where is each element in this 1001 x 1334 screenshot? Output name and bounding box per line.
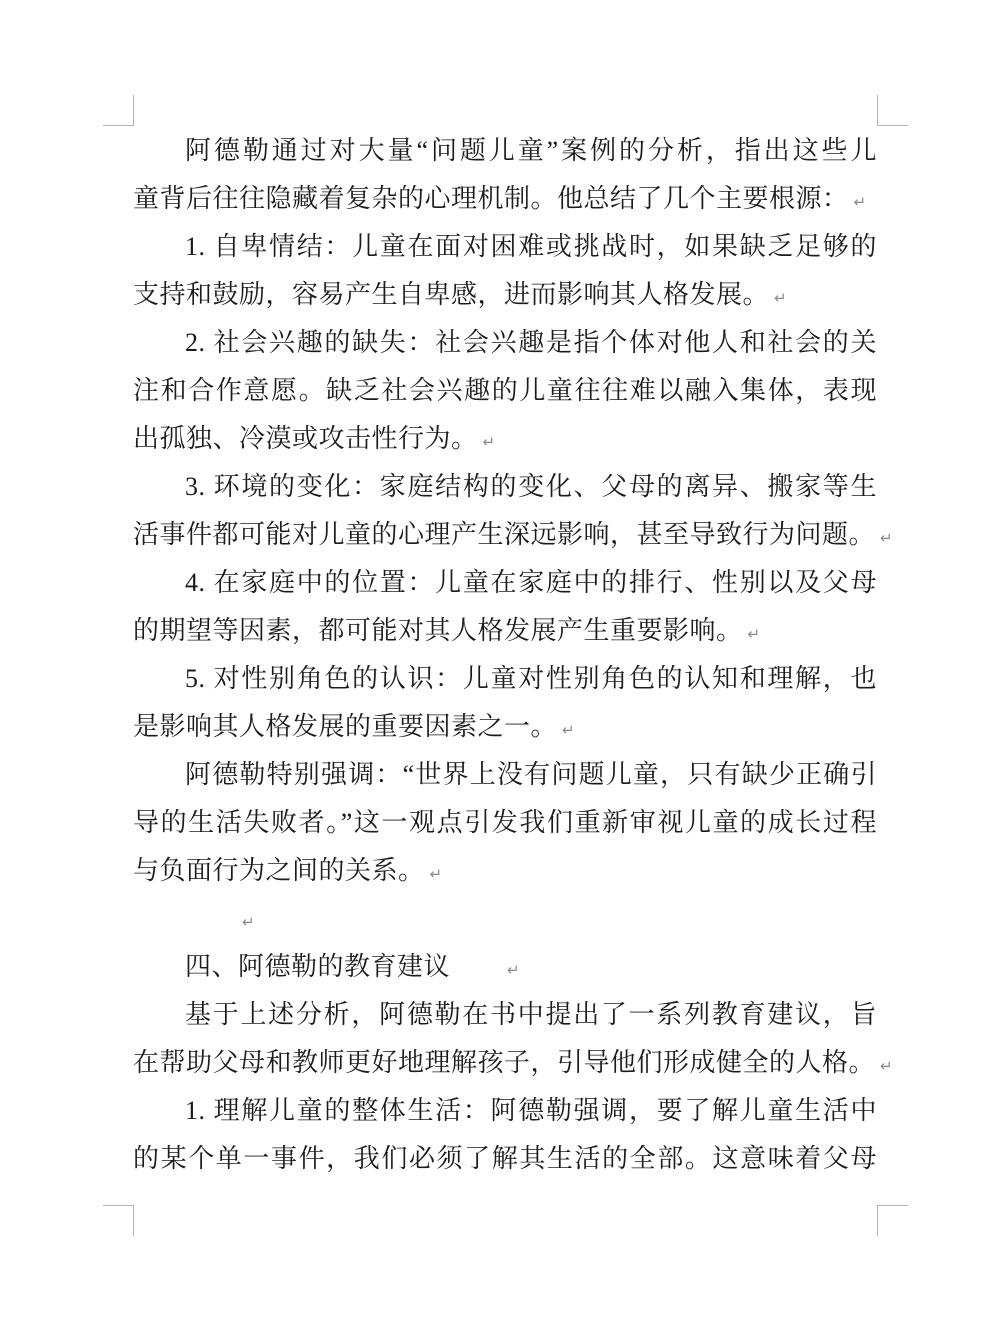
text-line: 活事件都可能对儿童的心理产生深远影响，甚至导致行为问题。↵ [133, 511, 877, 559]
text-line: 阿德勒通过对大量“问题儿童”案例的分析，指出这些儿 [133, 127, 877, 175]
paragraph-mark-icon: ↵ [849, 178, 854, 226]
line-text: 在帮助父母和教师更好地理解孩子，引导他们形成健全的人格。 [133, 1048, 875, 1077]
text-line: 的期望等因素，都可能对其人格发展产生重要影响。↵ [133, 607, 877, 655]
text-line: 3. 环境的变化：家庭结构的变化、父母的离异、搬家等生 [133, 463, 877, 511]
paragraph-mark-icon: ↵ [425, 850, 430, 898]
line-text: 注和合作意愿。缺乏社会兴趣的儿童往往难以融入集体，表现 [133, 376, 877, 405]
text-line: 4. 在家庭中的位置：儿童在家庭中的排行、性别以及父母 [133, 559, 877, 607]
line-text: 的某个单一事件，我们必须了解其生活的全部。这意味着父母 [133, 1144, 877, 1173]
text-line: 1. 自卑情结：儿童在面对困难或挑战时，如果缺乏足够的 [133, 223, 877, 271]
text-line: 支持和鼓励，容易产生自卑感，进而影响其人格发展。↵ [133, 271, 877, 319]
line-text: 2. 社会兴趣的缺失：社会兴趣是指个体对他人和社会的关 [185, 328, 877, 357]
text-line: 2. 社会兴趣的缺失：社会兴趣是指个体对他人和社会的关 [133, 319, 877, 367]
text-line: 基于上述分析，阿德勒在书中提出了一系列教育建议，旨 [133, 991, 877, 1039]
text-line: ↵ [133, 895, 877, 943]
line-text: 5. 对性别角色的认识：儿童对性别角色的认知和理解，也 [185, 664, 877, 693]
line-text: 童背后往往隐藏着复杂的心理机制。他总结了几个主要根源： [133, 184, 849, 213]
text-line: 童背后往往隐藏着复杂的心理机制。他总结了几个主要根源：↵ [133, 175, 877, 223]
text-line: 与负面行为之间的关系。↵ [133, 847, 877, 895]
paragraph-mark-icon: ↵ [875, 1042, 880, 1090]
text-line: 是影响其人格发展的重要因素之一。↵ [133, 703, 877, 751]
text-line: 5. 对性别角色的认识：儿童对性别角色的认知和理解，也 [133, 655, 877, 703]
text-line: 出孤独、冷漠或攻击性行为。↵ [133, 415, 877, 463]
line-text: 支持和鼓励，容易产生自卑感，进而影响其人格发展。 [133, 280, 769, 309]
line-text: 的期望等因素，都可能对其人格发展产生重要影响。 [133, 616, 743, 645]
paragraph-mark-icon: ↵ [743, 610, 748, 658]
line-text: 4. 在家庭中的位置：儿童在家庭中的排行、性别以及父母 [185, 568, 877, 597]
line-text: 基于上述分析，阿德勒在书中提出了一系列教育建议，旨 [185, 1000, 877, 1029]
text-line: 阿德勒特别强调：“世界上没有问题儿童，只有缺少正确引 [133, 751, 877, 799]
line-text: 活事件都可能对儿童的心理产生深远影响，甚至导致行为问题。 [133, 520, 875, 549]
text-line: 注和合作意愿。缺乏社会兴趣的儿童往往难以融入集体，表现 [133, 367, 877, 415]
line-text: 阿德勒通过对大量“问题儿童”案例的分析，指出这些儿 [185, 136, 877, 165]
crop-mark-top-left-icon [103, 95, 134, 126]
line-text: 1. 自卑情结：儿童在面对困难或挑战时，如果缺乏足够的 [185, 232, 877, 261]
crop-mark-bottom-right-icon [877, 1205, 908, 1236]
line-text: 3. 环境的变化：家庭结构的变化、父母的离异、搬家等生 [185, 472, 877, 501]
text-area: 阿德勒通过对大量“问题儿童”案例的分析，指出这些儿童背后往往隐藏着复杂的心理机制… [133, 127, 877, 1183]
line-text: 1. 理解儿童的整体生活：阿德勒强调，要了解儿童生活中 [185, 1096, 877, 1125]
crop-mark-top-right-icon [877, 95, 908, 126]
crop-mark-bottom-left-icon [103, 1205, 134, 1236]
line-text: 是影响其人格发展的重要因素之一。 [133, 712, 557, 741]
line-text: 导的生活失败者。”这一观点引发我们重新审视儿童的成长过程 [133, 808, 877, 837]
line-text: 出孤独、冷漠或攻击性行为。 [133, 424, 478, 453]
text-line: 在帮助父母和教师更好地理解孩子，引导他们形成健全的人格。↵ [133, 1039, 877, 1087]
paragraph-mark-icon: ↵ [450, 946, 455, 994]
document-page: 阿德勒通过对大量“问题儿童”案例的分析，指出这些儿童背后往往隐藏着复杂的心理机制… [0, 0, 1001, 1334]
paragraph-mark-icon: ↵ [557, 706, 562, 754]
paragraph-mark-icon: ↵ [478, 418, 483, 466]
line-text: 阿德勒特别强调：“世界上没有问题儿童，只有缺少正确引 [185, 760, 877, 789]
text-line: 四、阿德勒的教育建议↵ [133, 943, 877, 991]
line-text: 四、阿德勒的教育建议 [185, 952, 450, 981]
line-text: 与负面行为之间的关系。 [133, 856, 425, 885]
paragraph-mark-icon: ↵ [875, 514, 880, 562]
text-line: 导的生活失败者。”这一观点引发我们重新审视儿童的成长过程 [133, 799, 877, 847]
paragraph-mark-icon: ↵ [185, 898, 190, 946]
paragraph-mark-icon: ↵ [769, 274, 774, 322]
text-line: 1. 理解儿童的整体生活：阿德勒强调，要了解儿童生活中 [133, 1087, 877, 1135]
text-line: 的某个单一事件，我们必须了解其生活的全部。这意味着父母 [133, 1135, 877, 1183]
